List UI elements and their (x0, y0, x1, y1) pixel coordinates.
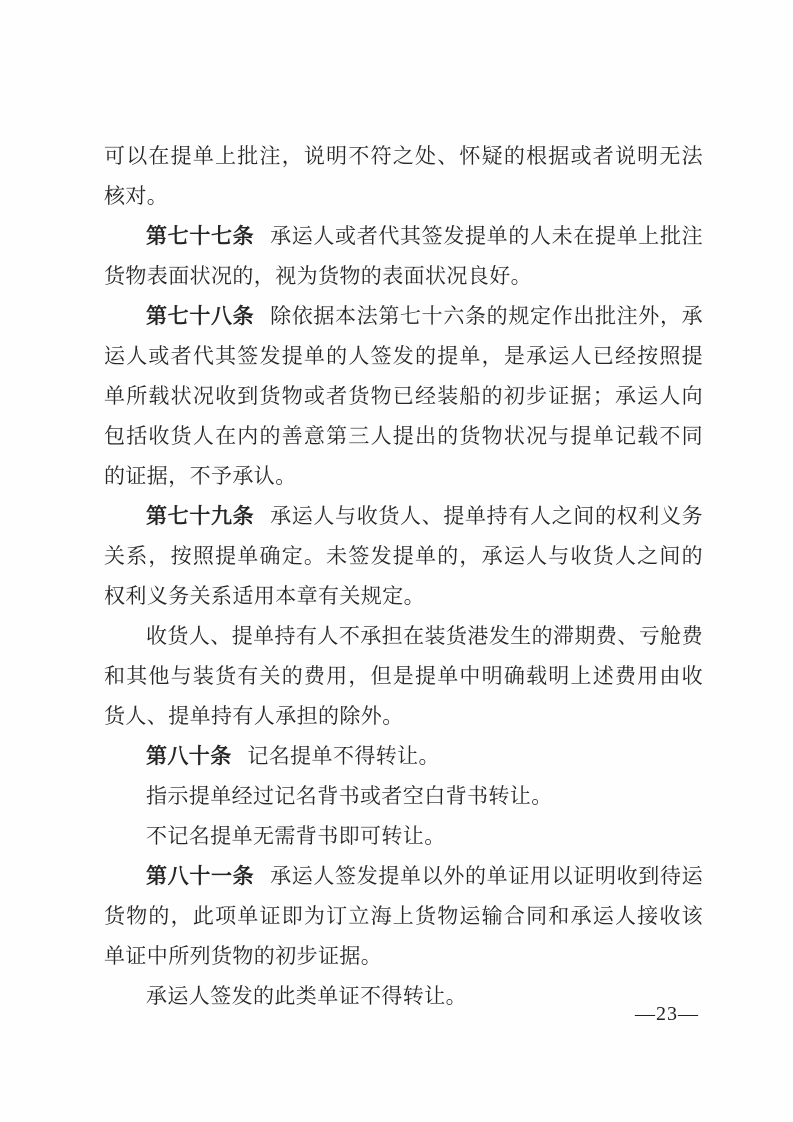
paragraph: 指示提单经过记名背书或者空白背书转让。 (104, 776, 703, 816)
paragraph-text: 指示提单经过记名背书或者空白背书转让。 (146, 784, 553, 808)
paragraph-text: 不记名提单无需背书即可转让。 (146, 824, 446, 848)
document-page: 可以在提单上批注，说明不符之处、怀疑的根据或者说明无法核对。 第七十七条承运人或… (0, 0, 793, 1122)
paragraph: 收货人、提单持有人不承担在装货港发生的滞期费、亏舱费和其他与装货有关的费用，但是… (104, 616, 703, 736)
paragraph: 第七十七条承运人或者代其签发提单的人未在提单上批注货物表面状况的，视为货物的表面… (104, 216, 703, 296)
paragraph-text: 记名提单不得转让。 (247, 744, 440, 768)
paragraph-text: 除依据本法第七十六条的规定作出批注外，承运人或者代其签发提单的人签发的提单，是承… (104, 304, 703, 488)
paragraph: 不记名提单无需背书即可转让。 (104, 816, 703, 856)
paragraph-text: 可以在提单上批注，说明不符之处、怀疑的根据或者说明无法核对。 (104, 144, 703, 208)
paragraph: 第八十条记名提单不得转让。 (104, 736, 703, 776)
paragraph: 第七十八条除依据本法第七十六条的规定作出批注外，承运人或者代其签发提单的人签发的… (104, 296, 703, 496)
article-number: 第七十八条 (146, 304, 270, 328)
article-number: 第八十条 (146, 744, 247, 768)
paragraph: 可以在提单上批注，说明不符之处、怀疑的根据或者说明无法核对。 (104, 136, 703, 216)
paragraph-text: 收货人、提单持有人不承担在装货港发生的滞期费、亏舱费和其他与装货有关的费用，但是… (104, 624, 703, 728)
article-number: 第七十九条 (146, 504, 270, 528)
paragraph: 第八十一条承运人签发提单以外的单证用以证明收到待运货物的，此项单证即为订立海上货… (104, 856, 703, 976)
page-number: —23— (635, 994, 699, 1034)
paragraph: 第七十九条承运人与收货人、提单持有人之间的权利义务关系，按照提单确定。未签发提单… (104, 496, 703, 616)
paragraph: 承运人签发的此类单证不得转让。 (104, 976, 703, 1016)
paragraph-text: 承运人签发的此类单证不得转让。 (146, 984, 467, 1008)
article-number: 第八十一条 (146, 864, 270, 888)
article-number: 第七十七条 (146, 224, 270, 248)
